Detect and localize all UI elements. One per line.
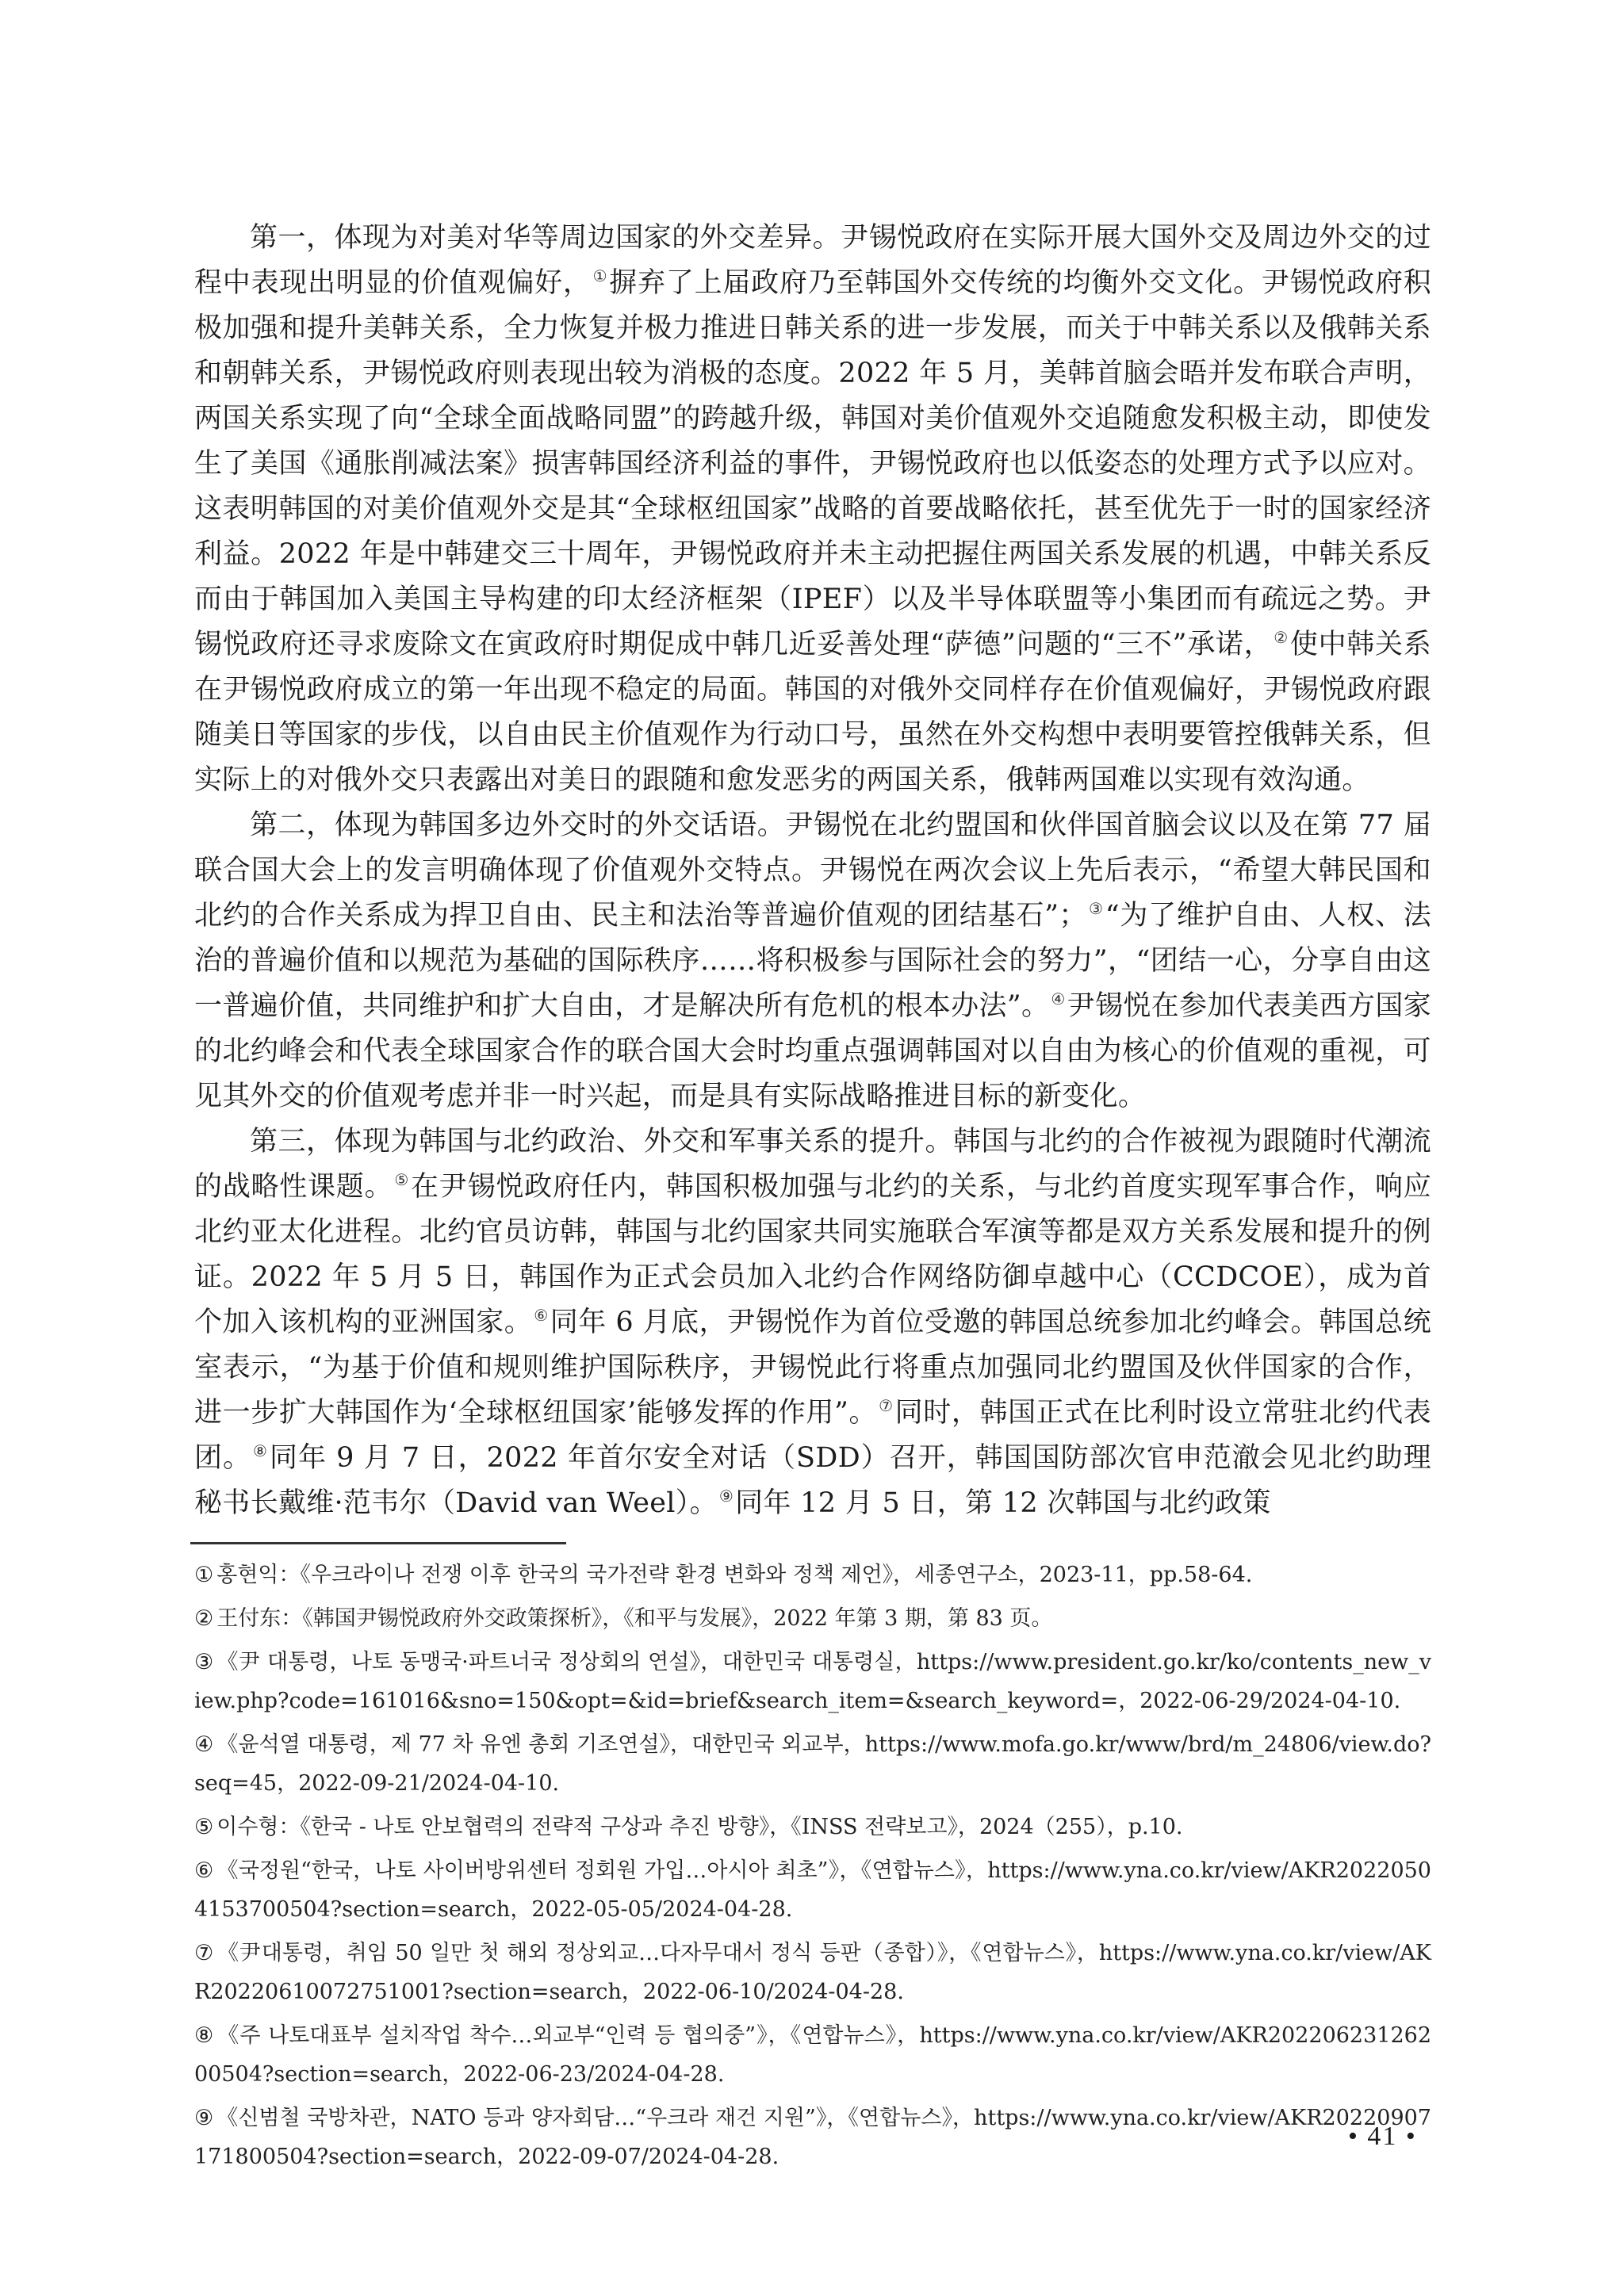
footnote-text: 홍현익：《우크라이나 전쟁 이후 한국의 국가전략 환경 변화와 정책 제언》，… [216,1563,1252,1587]
body-text: 第一，体现为对美对华等周边国家的外交差异。尹锡悦政府在实际开展大国外交及周边外交… [194,216,1431,1526]
paragraph: 第二，体现为韩国多边外交时的外交话语。尹锡悦在北约盟国和伙伴国首脑会议以及在第 … [194,803,1431,1119]
footnote-text: 《윤석열 대통령，제 77 차 유엔 총회 기조연설》，대한민국 외교부，htt… [194,1732,1431,1796]
paragraph-text: 同年 12 月 5 日，第 12 次韩国与北约政策 [735,1487,1271,1519]
paragraph: 第三，体现为韩国与北约政治、外交和军事关系的提升。韩国与北约的合作被视为跟随时代… [194,1119,1431,1526]
footnote-text: 《국정원“한국，나토 사이버방위센터 정회원 가입…아시아 최초”》，《연합뉴스… [194,1858,1431,1922]
footnote-number: ⑥ [194,1858,214,1883]
footnote-item: ③《尹 대통령，나토 동맹국·파트너국 정상회의 연설》，대한민국 대통령실，h… [194,1643,1431,1720]
page-body: 第一，体现为对美对华等周边国家的外交差异。尹锡悦政府在实际开展大国外交及周边外交… [194,216,1431,1526]
footnote-text: 《주 나토대표부 설치작업 착수…외교부“인력 등 협의중”》，《연합뉴스》，h… [194,2023,1431,2087]
footnote-reference[interactable]: ⑧ [253,1441,268,1460]
footnote-item: ⑤이수형：《한국 - 나토 안보협력의 전략적 구상과 추진 방향》，《INSS… [194,1808,1431,1846]
footnote-text: 《尹 대통령，나토 동맹국·파트너국 정상회의 연설》，대한민국 대통령실，ht… [194,1650,1431,1713]
footnote-reference[interactable]: ⑤ [394,1170,409,1189]
paragraph-text: 摒弃了上届政府乃至韩国外交传统的均衡外交文化。尹锡悦政府积极加强和提升美韩关系，… [194,267,1431,660]
footnote-separator [190,1542,566,1544]
footnote-number: ⑨ [194,2106,213,2130]
footnotes: ①홍현익：《우크라이나 전쟁 이후 한국의 국가전략 환경 변화와 정책 제언》… [194,1556,1431,2181]
footnote-reference[interactable]: ① [593,266,608,285]
footnote-reference[interactable]: ③ [1089,899,1104,918]
footnote-reference[interactable]: ⑨ [719,1487,733,1506]
footnote-item: ⑨《신범철 국방차관，NATO 등과 양자회담…“우크라 재건 지원”》，《연합… [194,2099,1431,2176]
footnote-item: ⑥《국정원“한국，나토 사이버방위센터 정회원 가입…아시아 최초”》，《연합뉴… [194,1851,1431,1929]
footnote-item: ①홍현익：《우크라이나 전쟁 이후 한국의 국가전략 환경 변화와 정책 제언》… [194,1556,1431,1594]
footnote-text: 이수형：《한국 - 나토 안보협력의 전략적 구상과 추진 방향》，《INSS … [216,1815,1182,1839]
footnote-item: ④《윤석열 대통령，제 77 차 유엔 총회 기조연설》，대한민국 외교부，ht… [194,1725,1431,1803]
footnote-number: ② [194,1606,213,1631]
paragraph: 第一，体现为对美对华等周边国家的外交差异。尹锡悦政府在实际开展大国外交及周边外交… [194,216,1431,803]
page-number: • 41 • [1348,2122,1417,2152]
footnote-text: 《신범철 국방차관，NATO 등과 양자회담…“우크라 재건 지원”》，《연합뉴… [194,2106,1431,2169]
footnote-reference[interactable]: ⑦ [879,1396,894,1415]
footnote-reference[interactable]: ⑥ [534,1306,548,1325]
footnote-item: ⑦《尹대통령，취임 50 일만 첫 해외 정상외교…다자무대서 정식 등판（종합… [194,1934,1431,2011]
footnote-reference[interactable]: ④ [1051,989,1065,1008]
footnote-reference[interactable]: ② [1274,628,1289,647]
footnote-item: ②王付东：《韩国尹锡悦政府外交政策探析》，《和平与发展》，2022 年第 3 期… [194,1599,1431,1638]
footnote-number: ⑤ [194,1815,213,1839]
footnote-number: ⑧ [194,2023,214,2048]
footnote-number: ⑦ [194,1941,214,1965]
footnote-number: ④ [194,1732,213,1757]
footnote-number: ① [194,1563,213,1587]
footnote-item: ⑧《주 나토대표부 설치작업 착수…외교부“인력 등 협의중”》，《연합뉴스》，… [194,2016,1431,2094]
footnote-text: 王付东：《韩国尹锡悦政府外交政策探析》，《和平与发展》，2022 年第 3 期，… [216,1606,1052,1631]
footnote-text: 《尹대통령，취임 50 일만 첫 해외 정상외교…다자무대서 정식 등판（종합）… [194,1941,1431,2004]
footnote-number: ③ [194,1650,214,1674]
